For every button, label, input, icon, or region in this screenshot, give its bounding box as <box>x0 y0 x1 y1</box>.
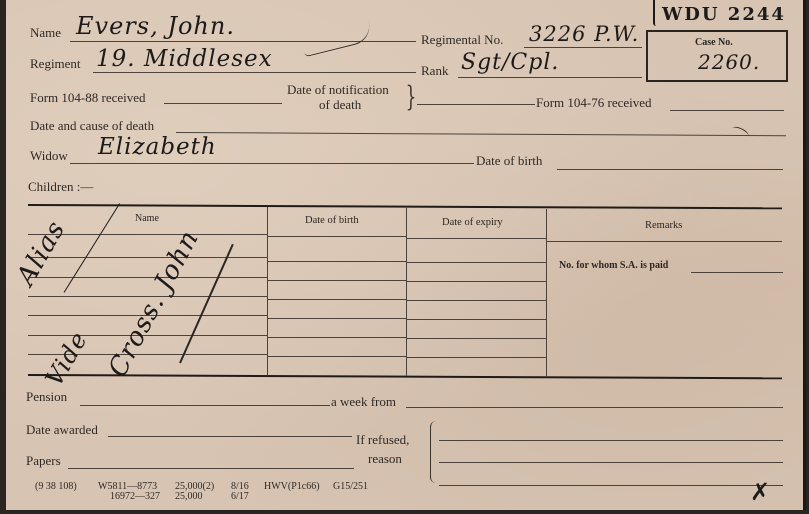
notification-label-line2: of death <box>319 97 361 113</box>
notification-brace: } <box>406 80 417 113</box>
week-from-line <box>406 407 783 408</box>
rank-line <box>458 77 642 78</box>
table-row-rule <box>406 262 546 263</box>
regiment-label: Regiment <box>30 56 81 72</box>
stamp-bracket <box>653 0 659 26</box>
table-row-rule <box>267 337 406 338</box>
table-col-divider-1 <box>267 207 268 375</box>
refused-brace <box>430 421 437 483</box>
regimental-no-value: 3226 P.W. <box>529 22 639 46</box>
case-number-box: Case No. 2260. <box>646 30 788 82</box>
table-row-rule <box>406 300 546 301</box>
table-row-rule <box>406 357 546 358</box>
widow-value: Elizabeth <box>98 134 217 160</box>
widow-date-of-birth-label: Date of birth <box>476 153 542 169</box>
print-code-5: HWV(P1c66) <box>264 481 320 492</box>
children-table-top-rule <box>28 204 782 209</box>
table-row-rule <box>406 238 546 239</box>
print-code-7: 16972—327 <box>110 491 160 502</box>
regiment-line <box>93 72 416 73</box>
date-awarded-label: Date awarded <box>26 422 98 438</box>
rank-value: Sgt/Cpl. <box>461 50 559 75</box>
pension-record-card: WDU 2244 Case No. 2260. Name Evers, John… <box>6 0 806 510</box>
form-104-76-line <box>670 110 784 111</box>
date-cause-death-label: Date and cause of death <box>30 118 154 134</box>
papers-line <box>68 468 354 469</box>
children-label: Children :— <box>28 179 93 195</box>
print-code-6: G15/251 <box>333 481 368 492</box>
pencil-mark <box>730 125 750 141</box>
table-row-rule <box>267 280 406 281</box>
table-row-rule <box>28 257 267 258</box>
table-col-divider-3 <box>546 209 547 377</box>
table-header-date-of-expiry: Date of expiry <box>442 217 503 228</box>
table-row-rule <box>406 338 546 339</box>
annotation-vide: Vide <box>40 327 93 391</box>
name-value: Evers, John. <box>76 12 235 40</box>
refused-line-3 <box>439 485 783 486</box>
date-awarded-line <box>108 436 352 437</box>
refused-line-2 <box>439 462 783 463</box>
regimental-no-label: Regimental No. <box>421 32 503 48</box>
pension-label: Pension <box>26 389 67 405</box>
notification-label-line1: Date of notification <box>287 82 389 98</box>
refused-line-1 <box>439 440 783 441</box>
table-row-rule <box>267 318 406 319</box>
name-label: Name <box>30 25 61 41</box>
annotation-slash-1 <box>64 203 120 293</box>
table-row-rule <box>28 277 267 278</box>
annotation-alias: Alias <box>11 216 72 291</box>
form-104-88-line <box>164 103 282 104</box>
table-row-rule <box>267 261 406 262</box>
refused-label-line1: If refused, <box>356 432 409 448</box>
notification-line <box>417 104 535 105</box>
regimental-no-line <box>524 47 642 48</box>
table-header-name: Name <box>135 213 159 224</box>
corner-check-mark: ✗ <box>750 478 771 506</box>
table-row-rule <box>267 356 406 357</box>
form-104-88-label: Form 104-88 received <box>30 90 146 106</box>
remarks-sa-line <box>691 272 783 273</box>
widow-line <box>70 163 474 164</box>
case-number-value: 2260. <box>698 50 760 74</box>
name-line <box>70 41 416 42</box>
date-cause-death-line <box>176 132 786 136</box>
table-row-rule <box>406 281 546 282</box>
rank-label: Rank <box>421 63 448 79</box>
remarks-sa-label: No. for whom S.A. is paid <box>559 260 668 271</box>
pension-line <box>80 405 330 406</box>
table-header-remarks: Remarks <box>645 220 682 231</box>
table-row-rule <box>406 319 546 320</box>
refused-label-line2: reason <box>368 451 402 467</box>
week-from-label: a week from <box>331 394 396 410</box>
top-stamp-reference: WDU 2244 <box>662 4 786 25</box>
print-code-9: 6/17 <box>231 491 249 502</box>
print-code-8: 25,000 <box>175 491 203 502</box>
table-row-rule <box>267 236 406 237</box>
papers-label: Papers <box>26 453 61 469</box>
table-row-rule <box>267 299 406 300</box>
name-tick-mark <box>301 22 374 57</box>
table-header-date-of-birth: Date of birth <box>305 215 359 226</box>
widow-label: Widow <box>30 148 68 164</box>
widow-date-of-birth-line <box>557 169 783 170</box>
form-104-76-label: Form 104-76 received <box>536 95 652 111</box>
remarks-header-rule <box>546 241 782 242</box>
annotation-cross-john: Cross. John <box>103 225 205 382</box>
children-table-bottom-rule <box>28 374 782 379</box>
case-number-label: Case No. <box>695 37 733 48</box>
regiment-value: 19. Middlesex <box>96 46 273 72</box>
print-code-1: (9 38 108) <box>35 481 77 492</box>
table-col-divider-2 <box>406 208 407 376</box>
